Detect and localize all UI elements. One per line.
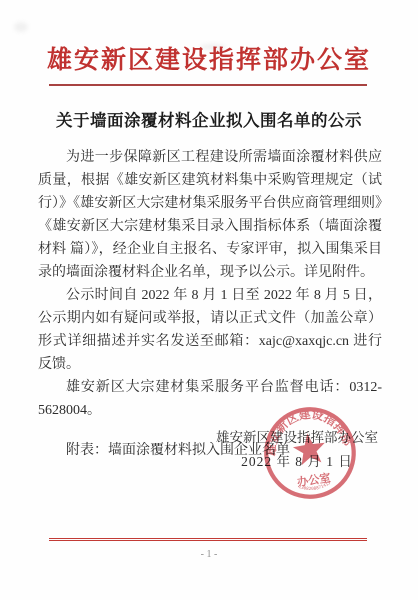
paragraph-hotline: 雄安新区大宗建材集采服务平台监督电话：0312-5628004。: [38, 376, 382, 422]
seal-serial-number: 1308208871415: [297, 479, 333, 494]
scanned-official-document: 雄安新区建设指挥部办公室 关于墙面涂覆材料企业拟入围名单的公示 为进一步保障新区…: [0, 0, 418, 600]
scan-smudge: [14, 22, 28, 32]
letterhead-divider-rule: [49, 84, 367, 86]
seal-bottom-text: 办公室: [296, 470, 332, 489]
footer-divider-rule: [49, 538, 367, 541]
paragraph-notice-period: 公示时间自 2022 年 8 月 1 日至 2022 年 8 月 5 日，公示期…: [38, 284, 382, 376]
signature-block: 雄安新区建设指挥部办公室 2022 年 8 月 1 日: [216, 426, 378, 473]
paragraph-intro: 为进一步保障新区工程建设所需墙面涂覆材料供应质量，根据《雄安新区建筑材料集中采购…: [38, 146, 382, 284]
document-title: 关于墙面涂覆材料企业拟入围名单的公示: [0, 107, 418, 131]
document-body: 为进一步保障新区工程建设所需墙面涂覆材料供应质量，根据《雄安新区建筑材料集中采购…: [38, 146, 382, 462]
page-number: - 1 -: [0, 549, 418, 560]
svg-text:1308208871415: 1308208871415: [297, 479, 333, 494]
letterhead-org-name: 雄安新区建设指挥部办公室: [0, 40, 418, 76]
signature-org-name: 雄安新区建设指挥部办公室: [216, 426, 378, 449]
signature-date: 2022 年 8 月 1 日: [216, 450, 378, 473]
